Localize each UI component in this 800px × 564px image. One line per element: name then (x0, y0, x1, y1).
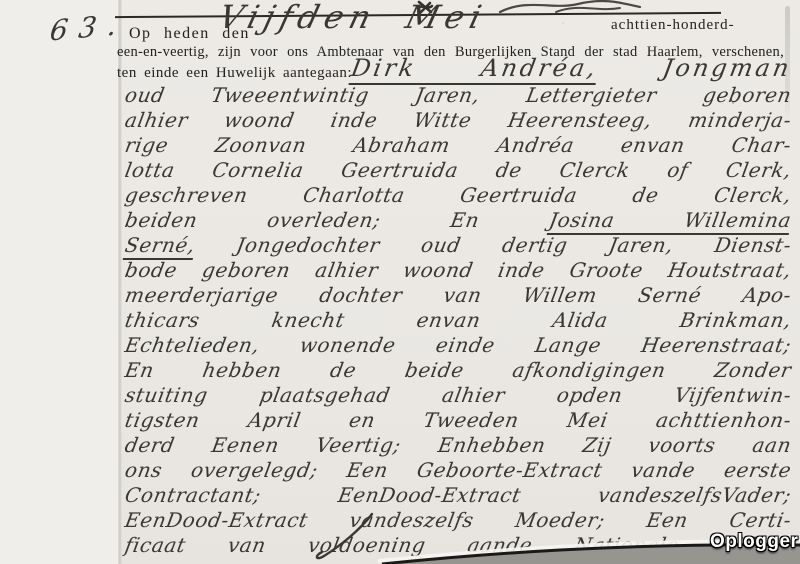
handwritten-line: meerderjarige dochter van Willem Serné A… (123, 283, 793, 308)
handwritten-line: En hebben de beide afkondigingen Zonder (123, 358, 793, 383)
handwritten-line: tigsten April en Tweeden Mei achttienhon… (123, 408, 793, 433)
groom-descriptor: Jongman (661, 54, 794, 82)
watermark-label: Oplogger (710, 531, 798, 553)
handwritten-line: thicars knecht envan Alida Brinkman, (123, 308, 793, 333)
handwritten-line: bode geboren alhier woond inde Groote Ho… (123, 258, 793, 283)
scanned-marriage-record: 63. Op heden den Vijfden Mei achttien-ho… (0, 0, 800, 564)
handwritten-line: derd Eenen Veertig; Enhebben Zij voorts … (123, 433, 793, 458)
handwritten-line: Serné, Jongedochter oud dertig Jaren, Di… (123, 233, 793, 258)
handwritten-line: oud Tweeentwintig Jaren, Lettergieter ge… (123, 83, 793, 108)
printed-form-line3: ten einde een Huwelijk aantegaan: (117, 65, 352, 82)
page-fold-line (118, 0, 122, 564)
groom-name-line: Dirk Andréa, Jongman (349, 54, 794, 82)
handwritten-line: lotta Cornelia Geertruida de Clerck of C… (123, 158, 793, 183)
handwritten-line: Contractant; EenDood-Extract vandeszelfs… (123, 483, 793, 508)
printed-form-line1-suffix: achttien-honderd- (611, 17, 735, 34)
handwritten-line: beiden overleden; En Josina Willemina (123, 208, 793, 233)
handwritten-line: geschreven Charlotta Geertruida de Clerc… (123, 183, 793, 208)
handwritten-line: stuiting plaatsgehad alhier opden Vijfen… (123, 383, 793, 408)
handwritten-line: Echtelieden, wonende einde Lange Heerens… (123, 333, 793, 358)
handwritten-line: ons overgelegd; Een Geboorte-Extract van… (123, 458, 793, 483)
handwritten-line: alhier woond inde Witte Heerensteeg, min… (123, 108, 793, 133)
groom-name: Dirk Andréa, (348, 54, 600, 85)
handwritten-body: oud Tweeentwintig Jaren, Lettergieter ge… (123, 83, 789, 558)
handwritten-line: rige Zoonvan Abraham Andréa envan Char- (123, 133, 793, 158)
handwritten-date: Vijfden Mei (215, 0, 491, 36)
previous-entry-flourish (498, 0, 643, 14)
page-bottom-edge (0, 528, 800, 564)
left-margin (0, 0, 119, 564)
